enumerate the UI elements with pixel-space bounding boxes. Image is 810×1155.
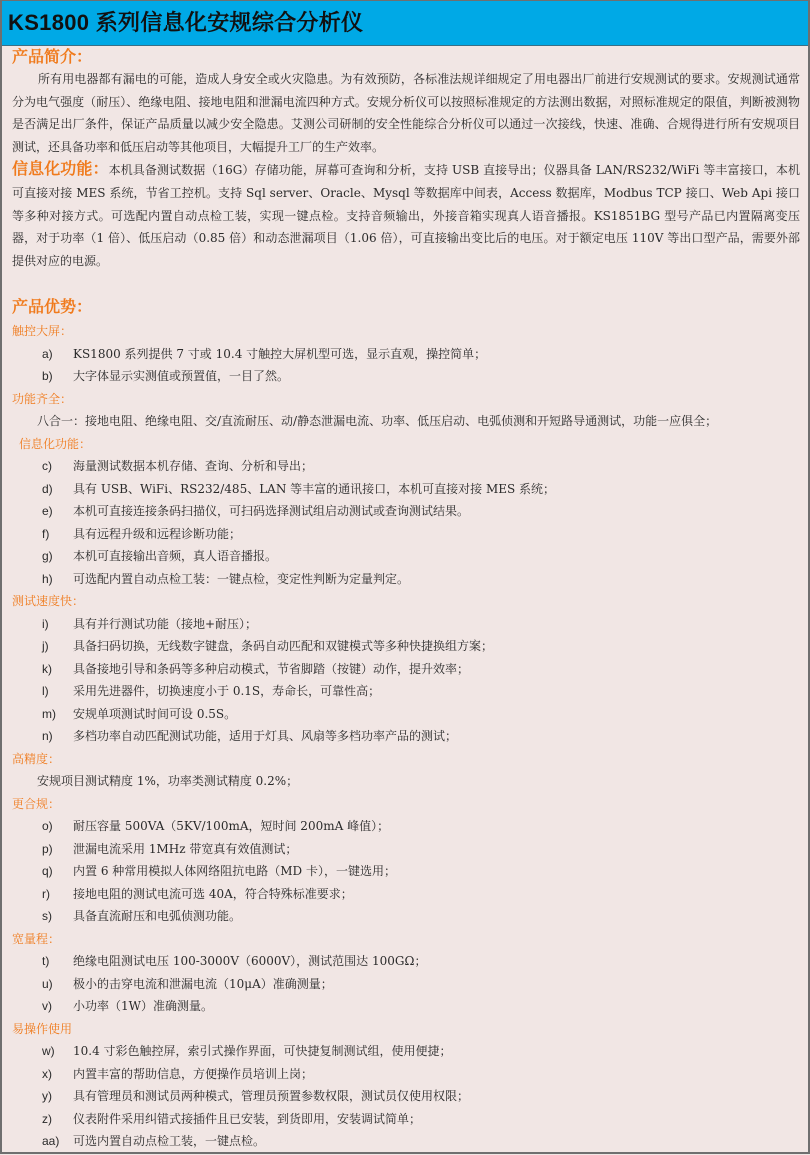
- list-item: u)极小的击穿电流和泄漏电流（10μA）准确测量；: [2, 973, 808, 996]
- list-item: a)KS1800 系列提供 7 寸或 10.4 寸触控大屏机型可选，显示直观，操…: [2, 343, 808, 366]
- page-title: KS1800 系列信息化安规综合分析仪: [2, 1, 808, 45]
- item-text: 具备扫码切换，无线数字键盘，条码自动匹配和双键模式等多种快捷换组方案；: [73, 635, 808, 658]
- item-marker: f): [2, 523, 73, 546]
- list-item: r)接地电阻的测试电流可选 40A，符合特殊标准要求；: [2, 883, 808, 906]
- item-text: 小功率（1W）准确测量。: [73, 995, 808, 1018]
- list-item: p)泄漏电流采用 1MHz 带宽真有效值测试；: [2, 838, 808, 861]
- item-text: 多档功率自动匹配测试功能，适用于灯具、风扇等多档功率产品的测试；: [73, 725, 808, 748]
- item-text: 绝缘电阻测试电压 100-3000V（6000V），测试范围达 100GΩ；: [73, 950, 808, 973]
- item-text: 具有远程升级和远程诊断功能；: [73, 523, 808, 546]
- list-item: j)具备扫码切换，无线数字键盘，条码自动匹配和双键模式等多种快捷换组方案；: [2, 635, 808, 658]
- list-item: k)具备接地引导和条码等多种启动模式，节省脚踏（按键）动作，提升效率；: [2, 658, 808, 681]
- document-frame: KS1800 系列信息化安规综合分析仪 产品简介： 所有用电器都有漏电的可能，造…: [0, 0, 810, 1154]
- info-text: 本机具备测试数据（16G）存储功能，屏幕可查询和分析，支持 USB 直接导出；仪…: [12, 163, 800, 267]
- item-text: 具有并行测试功能（接地+耐压）；: [73, 613, 808, 636]
- item-marker: a): [2, 343, 73, 366]
- group-plain-text: 八合一：接地电阻、绝缘电阻、交/直流耐压、动/静态泄漏电流、功率、低压启动、电弧…: [2, 410, 808, 433]
- group-heading-full-featured: 功能齐全：: [2, 388, 808, 411]
- list-item: z)仪表附件采用纠错式接插件且已安装，到货即用，安装调试简单；: [2, 1108, 808, 1131]
- list-item: s)具备直流耐压和电弧侦测功能。: [2, 905, 808, 928]
- item-marker: l): [2, 680, 73, 703]
- item-marker: e): [2, 500, 73, 523]
- item-marker: w): [2, 1040, 73, 1063]
- item-marker: aa): [2, 1130, 73, 1153]
- item-marker: t): [2, 950, 73, 973]
- spacer: [2, 272, 808, 294]
- item-text: 接地电阻的测试电流可选 40A，符合特殊标准要求；: [73, 883, 808, 906]
- list-item: f)具有远程升级和远程诊断功能；: [2, 523, 808, 546]
- list-item: t)绝缘电阻测试电压 100-3000V（6000V），测试范围达 100GΩ；: [2, 950, 808, 973]
- item-marker: x): [2, 1063, 73, 1086]
- item-marker: y): [2, 1085, 73, 1108]
- item-marker: n): [2, 725, 73, 748]
- item-marker: o): [2, 815, 73, 838]
- item-text: 仪表附件采用纠错式接插件且已安装，到货即用，安装调试简单；: [73, 1108, 808, 1131]
- info-lead: 信息化功能：: [12, 159, 109, 178]
- item-marker: d): [2, 478, 73, 501]
- list-item: y)具有管理员和测试员两种模式，管理员预置参数权限，测试员仅使用权限；: [2, 1085, 808, 1108]
- item-marker: m): [2, 703, 73, 726]
- group-heading-wide-range: 宽量程：: [2, 928, 808, 951]
- item-marker: c): [2, 455, 73, 478]
- advantages-title: 产品优势：: [2, 294, 808, 320]
- item-text: 本机可直接输出音频，真人语音播报。: [73, 545, 808, 568]
- list-item: d)具有 USB、WiFi、RS232/485、LAN 等丰富的通讯接口，本机可…: [2, 478, 808, 501]
- item-text: 采用先进器件，切换速度小于 0.1S，寿命长，可靠性高；: [73, 680, 808, 703]
- item-text: 可选配内置自动点检工装：一键点检，变定性判断为定量判定。: [73, 568, 808, 591]
- item-text: 极小的击穿电流和泄漏电流（10μA）准确测量；: [73, 973, 808, 996]
- intro-title: 产品简介：: [2, 46, 808, 68]
- item-marker: r): [2, 883, 73, 906]
- list-item: e)本机可直接连接条码扫描仪，可扫码选择测试组启动测试或查询测试结果。: [2, 500, 808, 523]
- list-item: q)内置 6 种常用模拟人体网络阻抗电路（MD 卡），一键选用；: [2, 860, 808, 883]
- list-item: m)安规单项测试时间可设 0.5S。: [2, 703, 808, 726]
- item-text: 泄漏电流采用 1MHz 带宽真有效值测试；: [73, 838, 808, 861]
- title-bar: KS1800 系列信息化安规综合分析仪: [2, 1, 808, 46]
- list-item: x)内置丰富的帮助信息，方便操作员培训上岗；: [2, 1063, 808, 1086]
- list-item: g)本机可直接输出音频，真人语音播报。: [2, 545, 808, 568]
- item-text: 具有管理员和测试员两种模式，管理员预置参数权限，测试员仅使用权限；: [73, 1085, 808, 1108]
- item-marker: b): [2, 365, 73, 388]
- item-marker: z): [2, 1108, 73, 1131]
- item-marker: p): [2, 838, 73, 861]
- item-text: 内置丰富的帮助信息，方便操作员培训上岗；: [73, 1063, 808, 1086]
- list-item: o)耐压容量 500VA（5KV/100mA，短时间 200mA 峰值）；: [2, 815, 808, 838]
- item-text: 10.4 寸彩色触控屏，索引式操作界面，可快捷复制测试组，使用便捷；: [73, 1040, 808, 1063]
- group-heading-easy-operation: 易操作使用: [2, 1018, 808, 1041]
- item-marker: g): [2, 545, 73, 568]
- item-text: KS1800 系列提供 7 寸或 10.4 寸触控大屏机型可选，显示直观，操控简…: [73, 343, 808, 366]
- group-heading-high-precision: 高精度：: [2, 748, 808, 771]
- info-paragraph: 信息化功能：本机具备测试数据（16G）存储功能，屏幕可查询和分析，支持 USB …: [2, 158, 808, 272]
- list-item: aa)可选内置自动点检工装，一键点检。: [2, 1130, 808, 1153]
- list-item: i)具有并行测试功能（接地+耐压）；: [2, 613, 808, 636]
- item-marker: u): [2, 973, 73, 996]
- document-content: 产品简介： 所有用电器都有漏电的可能，造成人身安全或火灾隐患。为有效预防，各标准…: [2, 46, 808, 1153]
- item-text: 内置 6 种常用模拟人体网络阻抗电路（MD 卡），一键选用；: [73, 860, 808, 883]
- item-text: 大字体显示实测值或预置值，一目了然。: [73, 365, 808, 388]
- item-marker: k): [2, 658, 73, 681]
- group-heading-informatization: 信息化功能：: [2, 433, 808, 456]
- list-item: n)多档功率自动匹配测试功能，适用于灯具、风扇等多档功率产品的测试；: [2, 725, 808, 748]
- group-heading-compliance: 更合规：: [2, 793, 808, 816]
- list-item: v)小功率（1W）准确测量。: [2, 995, 808, 1018]
- group-heading-fast-testing: 测试速度快：: [2, 590, 808, 613]
- item-marker: v): [2, 995, 73, 1018]
- item-marker: h): [2, 568, 73, 591]
- list-item: c)海量测试数据本机存储、查询、分析和导出；: [2, 455, 808, 478]
- item-text: 具有 USB、WiFi、RS232/485、LAN 等丰富的通讯接口，本机可直接…: [73, 478, 808, 501]
- item-text: 具备接地引导和条码等多种启动模式，节省脚踏（按键）动作，提升效率；: [73, 658, 808, 681]
- list-item: h)可选配内置自动点检工装：一键点检，变定性判断为定量判定。: [2, 568, 808, 591]
- item-text: 安规单项测试时间可设 0.5S。: [73, 703, 808, 726]
- group-heading-touchscreen: 触控大屏：: [2, 320, 808, 343]
- item-text: 具备直流耐压和电弧侦测功能。: [73, 905, 808, 928]
- item-text: 海量测试数据本机存储、查询、分析和导出；: [73, 455, 808, 478]
- item-text: 耐压容量 500VA（5KV/100mA，短时间 200mA 峰值）；: [73, 815, 808, 838]
- intro-paragraph: 所有用电器都有漏电的可能，造成人身安全或火灾隐患。为有效预防，各标准法规详细规定…: [2, 68, 808, 158]
- list-item: b)大字体显示实测值或预置值，一目了然。: [2, 365, 808, 388]
- item-marker: i): [2, 613, 73, 636]
- group-plain-text: 安规项目测试精度 1%，功率类测试精度 0.2%；: [2, 770, 808, 793]
- item-text: 可选内置自动点检工装，一键点检。: [73, 1130, 808, 1153]
- item-marker: s): [2, 905, 73, 928]
- item-marker: j): [2, 635, 73, 658]
- list-item: w)10.4 寸彩色触控屏，索引式操作界面，可快捷复制测试组，使用便捷；: [2, 1040, 808, 1063]
- item-marker: q): [2, 860, 73, 883]
- item-text: 本机可直接连接条码扫描仪，可扫码选择测试组启动测试或查询测试结果。: [73, 500, 808, 523]
- advantages-list: 触控大屏： a)KS1800 系列提供 7 寸或 10.4 寸触控大屏机型可选，…: [2, 320, 808, 1153]
- list-item: l)采用先进器件，切换速度小于 0.1S，寿命长，可靠性高；: [2, 680, 808, 703]
